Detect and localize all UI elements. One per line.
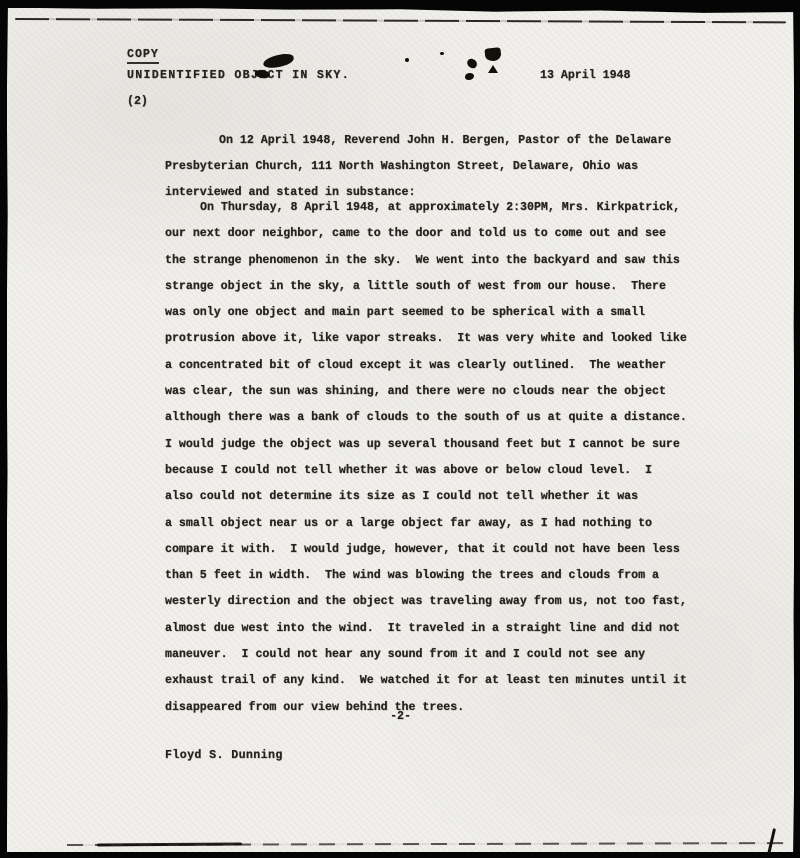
text-line: On Thursday, 8 April 1948, at approximat… — [165, 195, 687, 221]
text-line: the strange phenomenon in the sky. We we… — [165, 248, 687, 274]
bottom-crease-segment — [97, 842, 242, 846]
text-line: than 5 feet in width. The wind was blowi… — [165, 563, 687, 589]
text-line: On 12 April 1948, Reverend John H. Berge… — [165, 128, 671, 154]
statement-paragraph: On Thursday, 8 April 1948, at approximat… — [165, 169, 687, 747]
text-line: also could not determine its size as I c… — [165, 484, 687, 510]
text-line: westerly direction and the object was tr… — [165, 589, 687, 615]
ink-blot-large — [262, 52, 295, 70]
document-title: UNIDENTIFIED OBJECT IN SKY. — [127, 69, 350, 83]
paper-sheet: COPY UNIDENTIFIED OBJECT IN SKY. 13 Apri… — [7, 8, 794, 852]
text-line: because I could not tell whether it was … — [165, 458, 687, 484]
text-line: almost due west into the wind. It travel… — [165, 616, 687, 642]
scan-border-right — [793, 0, 800, 858]
text-line: a concentrated bit of cloud except it wa… — [165, 353, 687, 379]
text-line: was clear, the sun was shining, and ther… — [165, 379, 687, 405]
copy-stamp-label: COPY — [127, 48, 159, 64]
paragraph-ref: (2) — [127, 89, 148, 115]
text-line: protrusion above it, like vapor streaks.… — [165, 326, 687, 352]
text-line: maneuver. I could not hear any sound fro… — [165, 642, 687, 668]
ink-blot-pair-dot — [466, 58, 478, 69]
text-line: our next door neighbor, came to the door… — [165, 221, 687, 247]
text-line: strange object in the sky, a little sout… — [165, 274, 687, 300]
signature-name: Floyd S. Dunning — [165, 749, 283, 763]
top-crease-line — [15, 18, 786, 23]
page-number: -2- — [7, 710, 794, 724]
title-row: UNIDENTIFIED OBJECT IN SKY. 13 April 194… — [7, 69, 794, 83]
ink-speck — [405, 58, 409, 62]
text-line: exhaust trail of any kind. We watched it… — [165, 668, 687, 694]
text-line: was only one object and main part seemed… — [165, 300, 687, 326]
scan-border-left — [0, 0, 8, 858]
statement-lines: On Thursday, 8 April 1948, at approximat… — [165, 195, 687, 721]
text-line: compare it with. I would judge, however,… — [165, 537, 687, 563]
document-date: 13 April 1948 — [540, 69, 630, 83]
text-line: I would judge the object was up several … — [165, 432, 687, 458]
text-line: a small object near us or a large object… — [165, 511, 687, 537]
text-line: although there was a bank of clouds to t… — [165, 405, 687, 431]
ink-speck — [440, 52, 444, 55]
ink-blot-pair-dot — [484, 47, 501, 62]
scanned-document: COPY UNIDENTIFIED OBJECT IN SKY. 13 Apri… — [0, 0, 800, 858]
